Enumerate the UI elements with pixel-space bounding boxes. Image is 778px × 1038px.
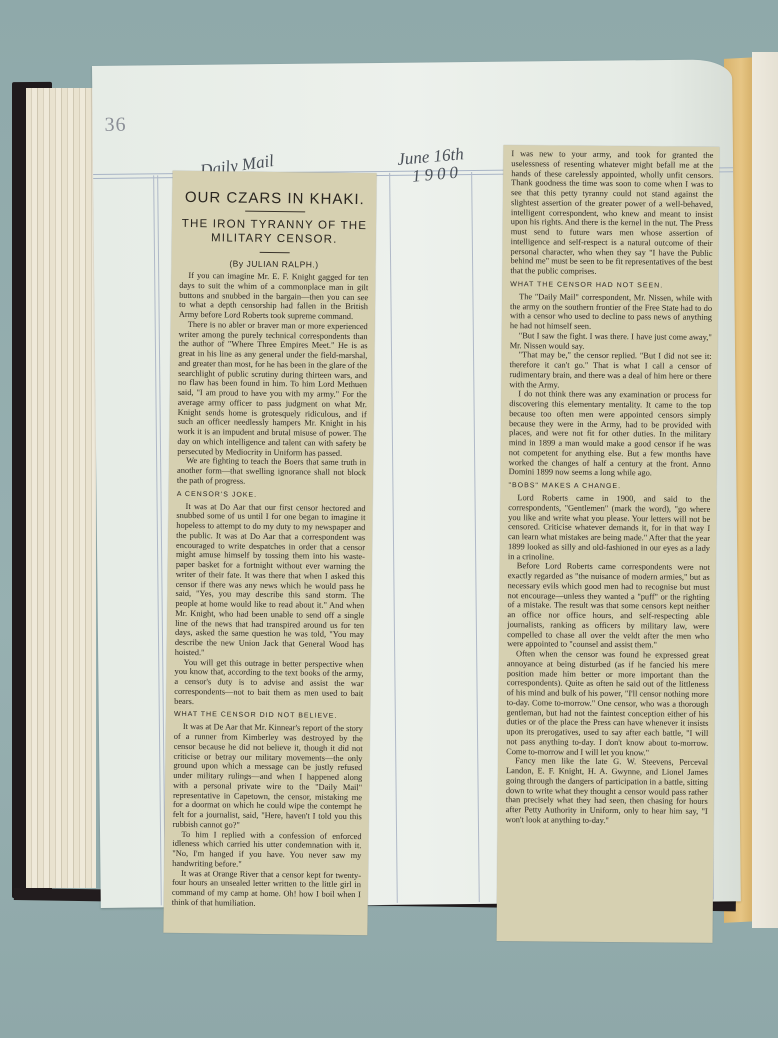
article-paragraph: To him I replied with a confession of en… <box>172 829 361 870</box>
article-paragraph: It was at Do Aar that our first censor h… <box>175 501 366 659</box>
page-number: 36 <box>105 114 127 137</box>
article-column-right: I was new to your army, and took for gra… <box>506 149 714 826</box>
article-paragraph: "But I saw the fight. I was there. I hav… <box>510 331 712 352</box>
article-paragraph: We are fighting to teach the Boers that … <box>177 456 366 488</box>
article-paragraph: You will get this outrage in better pers… <box>174 657 364 708</box>
article-paragraph: Before Lord Roberts came correspondents … <box>507 561 710 651</box>
handwritten-date: June 16th 1900 <box>397 145 466 187</box>
facing-page <box>752 52 778 928</box>
article-paragraph: Often when the censor was found he expre… <box>506 649 709 758</box>
article-column-left: If you can imagine Mr. E. F. Knight gagg… <box>172 271 369 910</box>
subhead-divider <box>259 252 289 253</box>
article-paragraph: I do not think there was any examination… <box>509 389 712 479</box>
article-headline: OUR CZARS IN KHAKI. <box>180 189 369 208</box>
article-paragraph: If you can imagine Mr. E. F. Knight gagg… <box>179 271 369 322</box>
article-paragraph: The "Daily Mail" correspondent, Mr. Niss… <box>510 292 712 333</box>
article-byline: (By JULIAN RALPH.) <box>179 258 368 270</box>
ruled-column-line <box>471 172 480 902</box>
article-paragraph: "That may be," the censor replied. "But … <box>509 350 711 391</box>
article-paragraph: It was at De Aar that Mr. Kinnear's repo… <box>173 722 363 832</box>
article-paragraph: I was new to your army, and took for gra… <box>510 149 713 278</box>
article-paragraph: There is no abler or braver man or more … <box>177 320 368 459</box>
article-paragraph: Fancy men like the late G. W. Steevens, … <box>506 756 709 826</box>
section-heading: A CENSOR'S JOKE. <box>177 490 366 499</box>
section-heading: WHAT THE CENSOR HAD NOT SEEN. <box>510 281 712 290</box>
section-heading: WHAT THE CENSOR DID NOT BELIEVE. <box>174 711 363 720</box>
page-stack-edges <box>26 88 96 888</box>
newspaper-clipping-right: I was new to your army, and took for gra… <box>497 145 720 943</box>
headline-divider <box>245 211 305 213</box>
article-subheadline: THE IRON TYRANNY OF THE MILITARY CENSOR. <box>180 217 369 247</box>
article-paragraph: It was at Orange River that a censor kep… <box>172 868 361 909</box>
newspaper-clipping-left: OUR CZARS IN KHAKI. THE IRON TYRANNY OF … <box>163 171 376 935</box>
article-paragraph: Lord Roberts came in 1900, and said to t… <box>508 493 711 563</box>
ruled-column-line <box>389 173 398 903</box>
section-heading: "BOBS" MAKES A CHANGE. <box>508 482 710 491</box>
